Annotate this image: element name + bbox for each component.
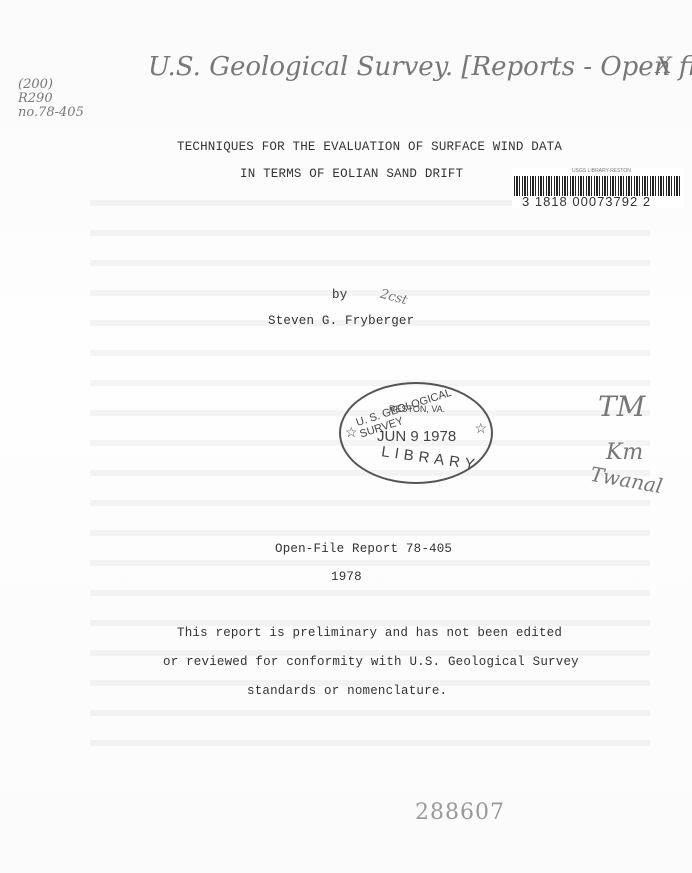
report-year: 1978 [331, 570, 362, 584]
barcode-label: USGS LIBRARY-RESTON [572, 168, 631, 174]
disclaimer-line-1: This report is preliminary and has not b… [177, 626, 562, 640]
byline-by: by [332, 288, 347, 302]
accession-number: 288607 [415, 800, 505, 825]
document-page: U.S. Geological Survey. [Reports - Open … [0, 0, 692, 873]
disclaimer-line-2: or reviewed for conformity with U.S. Geo… [163, 655, 579, 669]
title-line-2: IN TERMS OF EOLIAN SAND DRIFT [240, 167, 463, 181]
author-name: Steven G. Fryberger [268, 314, 414, 328]
barcode-number: 3 1818 00073792 2 [522, 194, 651, 209]
handwritten-initials-km: Km [606, 440, 643, 465]
barcode-bars [514, 176, 682, 196]
title-line-1: TECHNIQUES FOR THE EVALUATION OF SURFACE… [177, 140, 562, 154]
handwritten-series-note: U.S. Geological Survey. [Reports - Open … [148, 52, 692, 82]
library-received-stamp: U. S. GEOLOGICAL SURVEY RESTON, VA. ☆ JU… [339, 382, 493, 484]
library-barcode: USGS LIBRARY-RESTON 3 1818 00073792 2 [512, 168, 684, 208]
bleed-through-text [90, 200, 650, 760]
report-id: Open-File Report 78-405 [275, 542, 452, 556]
disclaimer-line-3: standards or nomenclature. [247, 684, 447, 698]
stamp-library: LIBRARY [380, 443, 480, 474]
star-icon: ☆ [474, 420, 487, 437]
star-icon: ☆ [345, 424, 358, 441]
handwritten-initials-tm: TM [598, 390, 645, 423]
stamp-location: RESTON, VA. [389, 404, 445, 414]
handwritten-x-mark: X [656, 54, 672, 79]
stamp-date: JUN 9 1978 [377, 428, 456, 445]
handwritten-call-number: (200) R290 no.78-405 [18, 78, 84, 120]
